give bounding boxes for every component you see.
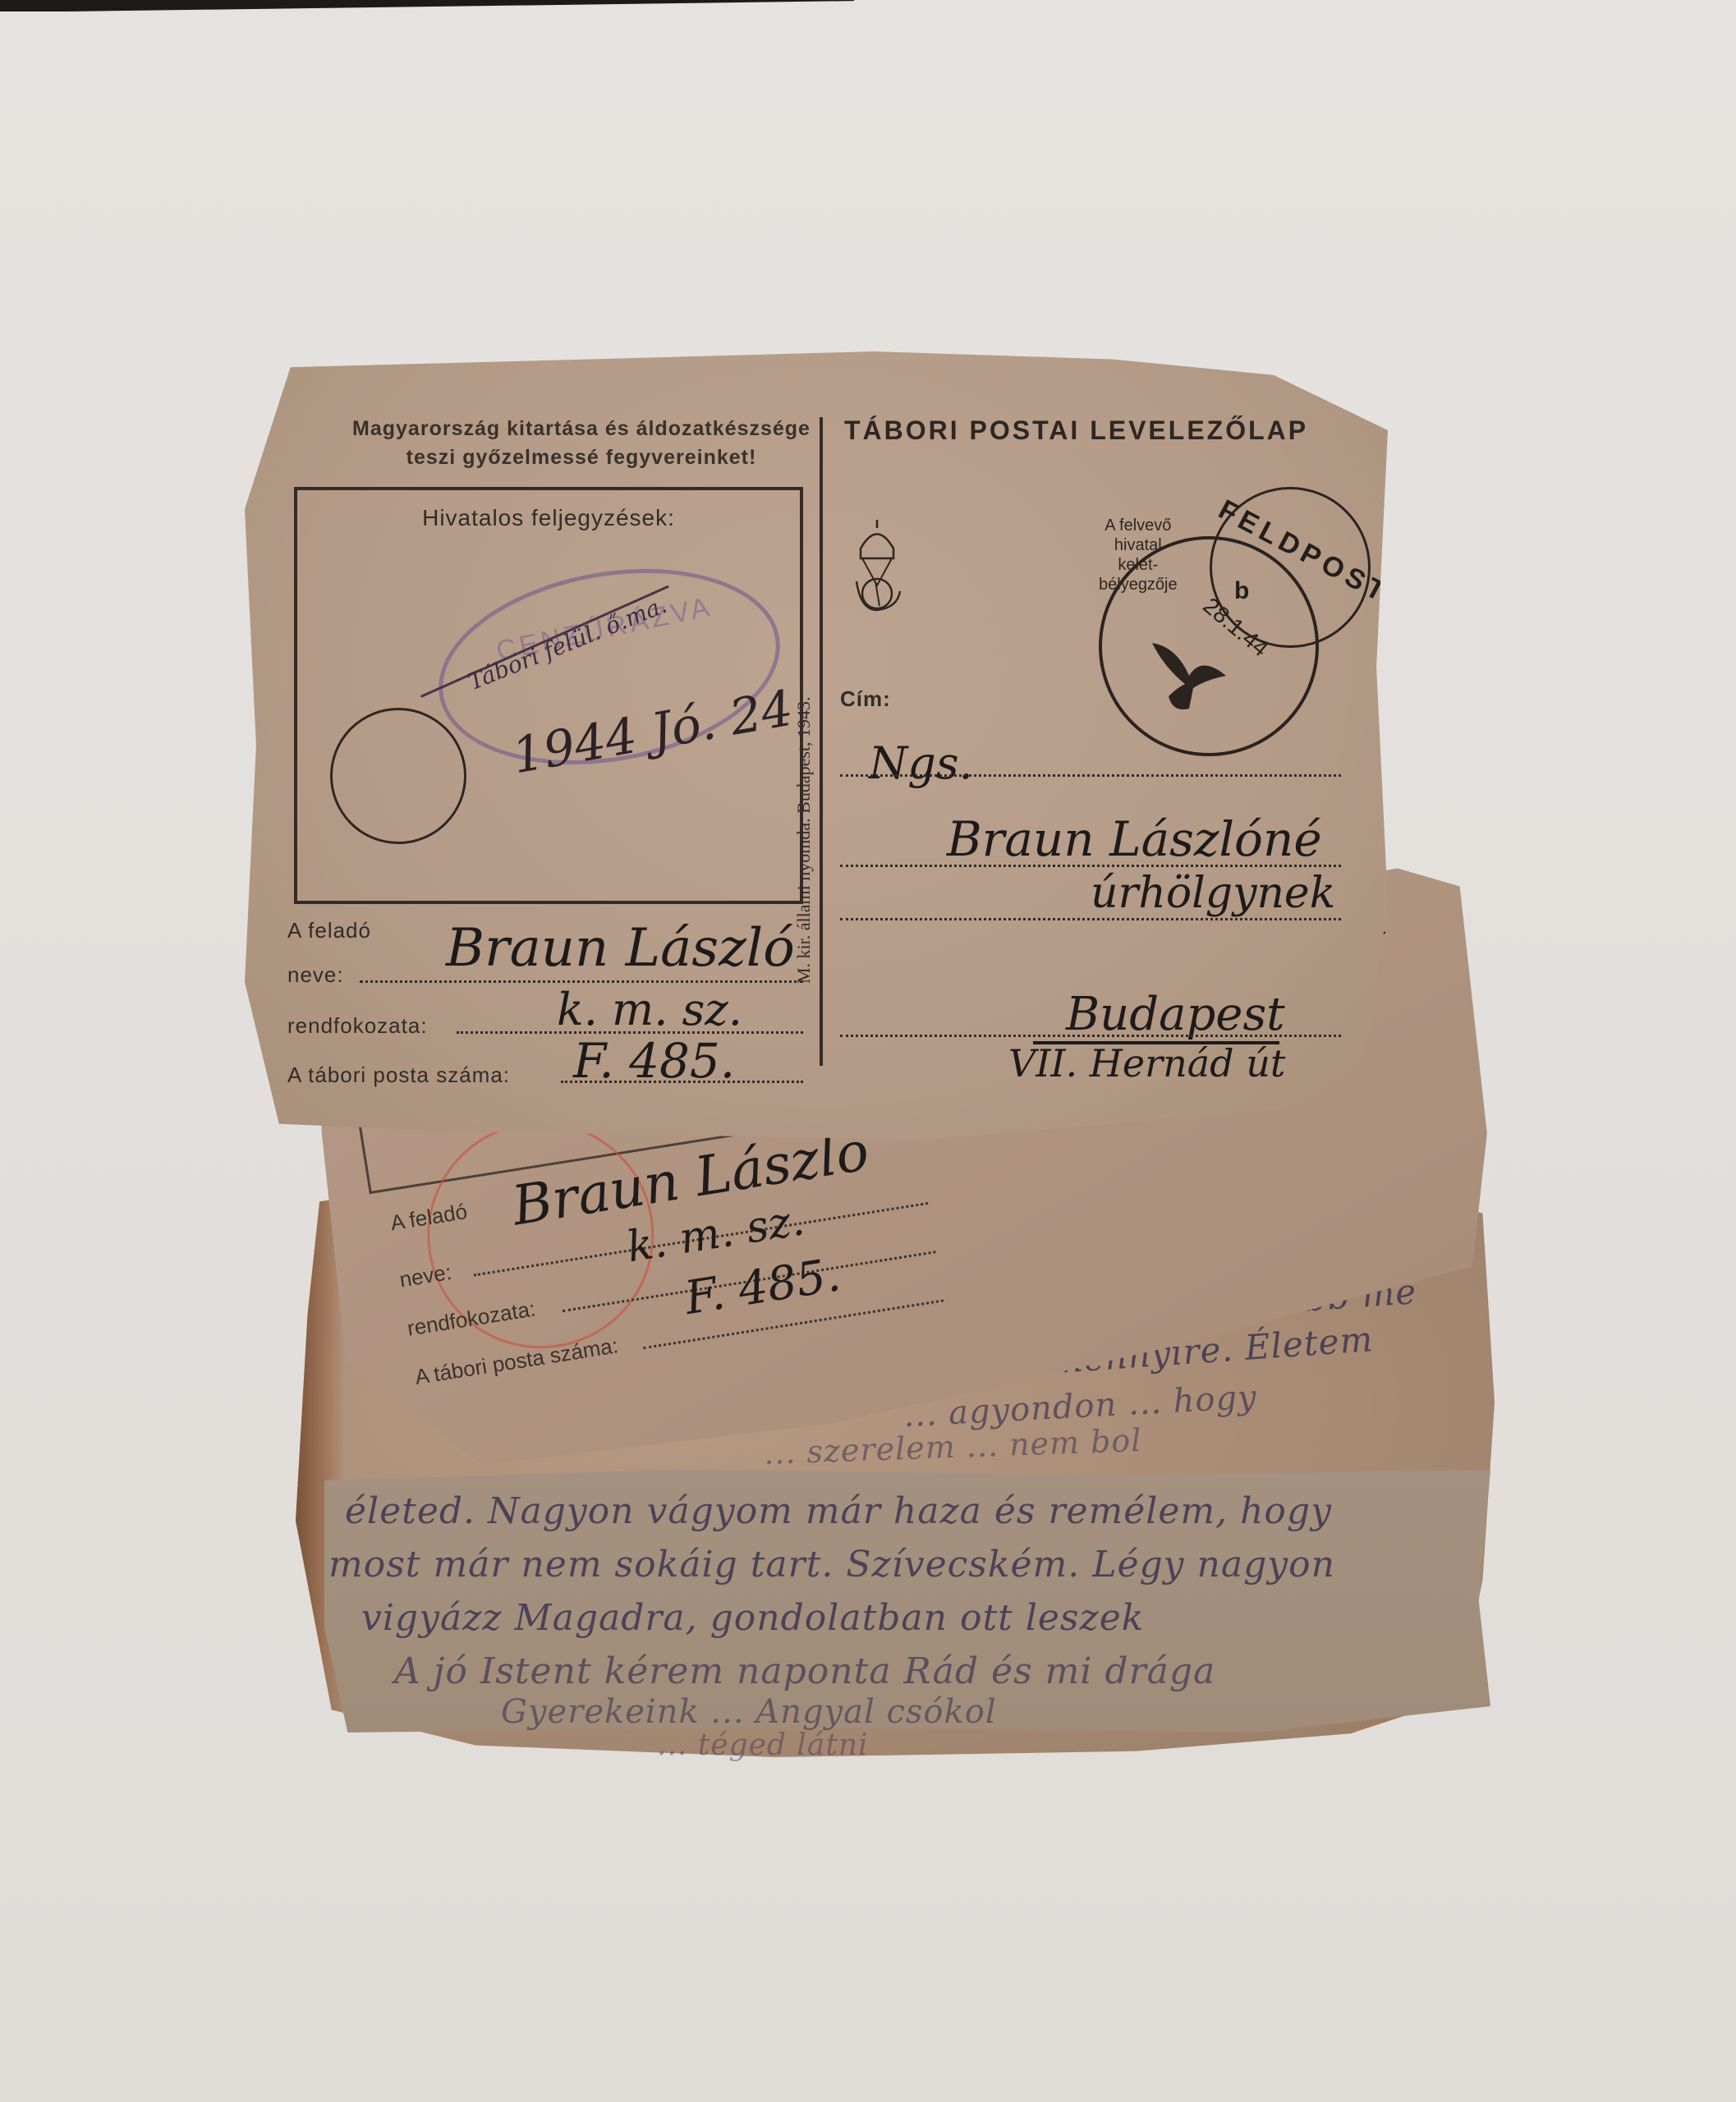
name-label: neve: [287,962,344,988]
name-line [360,980,803,983]
address-dotted-line [840,918,1341,920]
letter-line: most már nem sokáig tart. Szívecském. Lé… [328,1544,1335,1586]
crown-posthorn-icon [852,516,902,622]
letter-line: Gyerekeink ... Angyal csókol [501,1693,997,1731]
letter-line: életed. Nagyon vágyom már haza és reméle… [345,1490,1332,1532]
notes-title: Hivatalos feljegyzések: [297,505,800,531]
official-notes-box: Hivatalos feljegyzések: CENZÚRÁZVA Tábor… [294,487,803,904]
motto-line-1: Magyarország kitartása és áldozatkészség… [343,417,820,441]
fieldpost-number: F. 485. [573,1033,735,1089]
letter-line: A jó Istent kérem naponta Rád és mi drág… [394,1650,1215,1692]
stamp-circle [330,708,466,844]
top-edge-bar [0,0,854,11]
letter-line: vigyázz Magadra, gondolatban ott leszek [361,1597,1144,1639]
stamp-hint-line: A felvevő [1099,516,1178,535]
address-line-name: Braun Lászlóné [947,811,1322,867]
letter-line: ... téged látni [657,1728,869,1762]
address-line-street: VII. Hernád út [1008,1041,1285,1085]
address-dotted-line [840,865,1341,867]
sender-name: Braun László [446,918,795,979]
address-line-title: Ngs. [869,737,973,789]
eagle-icon [1144,631,1234,721]
top-postcard: Magyarország kitartása és áldozatkészség… [245,351,1388,1140]
address-dotted-line [840,1035,1341,1037]
card-divider [820,417,823,1066]
rank-label: rendfokozata: [287,1013,428,1039]
address-dotted-line [840,774,1341,777]
card-title: TÁBORI POSTAI LEVELEZŐLAP [844,415,1308,446]
sender-rank: k. m. sz. [557,984,742,1035]
address-label: Cím: [840,686,891,712]
sender-label: A feladó [287,918,371,943]
motto-line-2: teszi győzelmessé fegyvereinket! [343,446,820,470]
fieldpost-label: A tábori posta száma: [287,1062,510,1088]
address-line-city: Budapest [1066,988,1285,1041]
address-line-honorific: úrhölgynek [1091,869,1335,918]
postmark-letter: b [1234,577,1249,605]
printer-imprint: M. kir. állami nyomda. Budapest, 1943. [793,696,815,984]
